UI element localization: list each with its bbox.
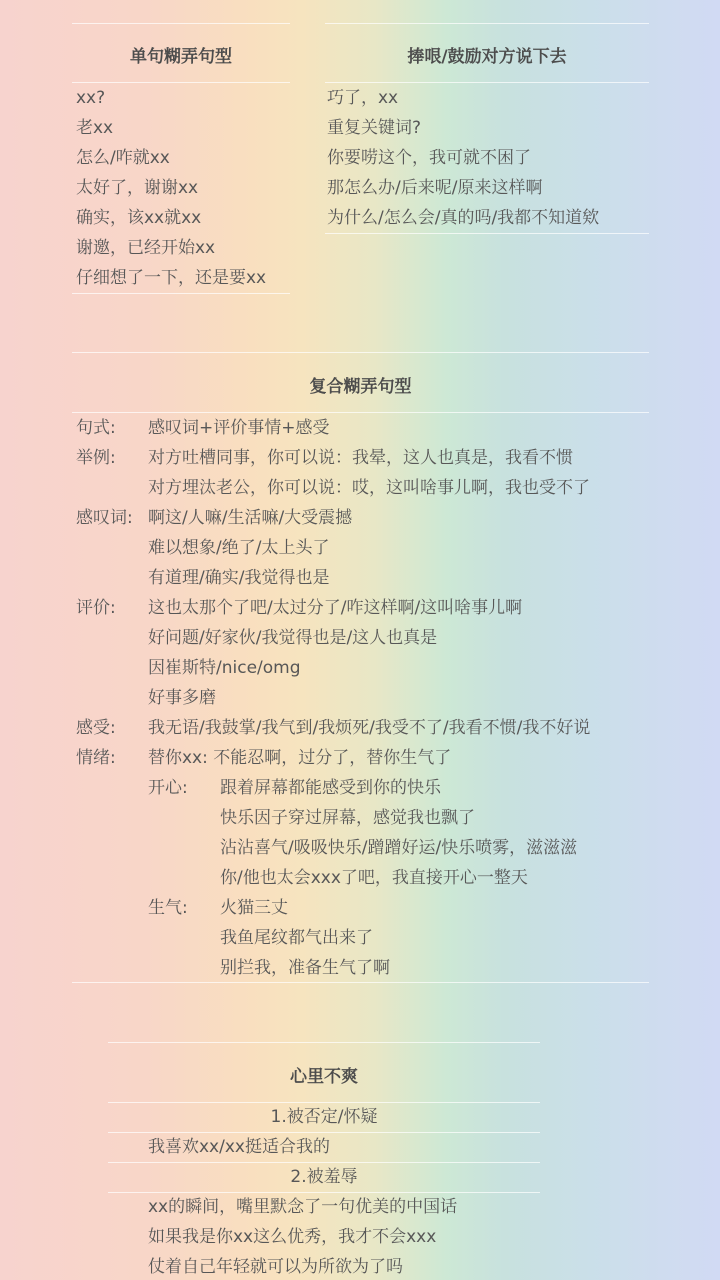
list-item: 老xx xyxy=(76,113,113,143)
label-interjection: 感叹词: xyxy=(76,503,133,533)
list-item: 你/他也太会xxx了吧，我直接开心一整天 xyxy=(220,863,528,893)
list-item: 那怎么办/后来呢/原来这样啊 xyxy=(327,173,542,203)
list-item: 沾沾喜气/吸吸快乐/蹭蹭好运/快乐喷雾，滋滋滋 xyxy=(220,833,577,863)
divider xyxy=(108,1042,540,1043)
section-title-single: 单句糊弄句型 xyxy=(72,42,290,67)
list-item: 对方埋汰老公，你可以说：哎，这叫啥事儿啊，我也受不了 xyxy=(148,473,590,503)
list-item: 别拦我，准备生气了啊 xyxy=(220,953,390,983)
group-heading: 1.被否定/怀疑 xyxy=(108,1102,540,1132)
list-item: xx的瞬间，嘴里默念了一句优美的中国话 xyxy=(148,1192,457,1222)
divider xyxy=(72,23,290,24)
section-title-encourage: 捧哏/鼓励对方说下去 xyxy=(325,42,649,67)
divider xyxy=(72,293,290,294)
label-example: 举例: xyxy=(76,443,116,473)
list-item: 怎么/咋就xx xyxy=(76,143,170,173)
list-item: 为什么/怎么会/真的吗/我都不知道欸 xyxy=(327,203,599,233)
list-item: 好事多磨 xyxy=(148,683,216,713)
label-emotion: 情绪: xyxy=(76,743,116,773)
divider xyxy=(72,982,649,983)
list-item: 太好了，谢谢xx xyxy=(76,173,198,203)
label-happy: 开心: xyxy=(148,773,188,803)
list-item: 替你xx: 不能忍啊，过分了，替你生气了 xyxy=(148,743,451,773)
list-item: 这也太那个了吧/太过分了/咋这样啊/这叫啥事儿啊 xyxy=(148,593,522,623)
list-item: 谢邀，已经开始xx xyxy=(76,233,215,263)
list-item: 你要唠这个，我可就不困了 xyxy=(327,143,531,173)
label-pattern: 句式: xyxy=(76,413,116,443)
divider xyxy=(72,352,649,353)
list-item: 仔细想了一下，还是要xx xyxy=(76,263,266,293)
list-item: 巧了，xx xyxy=(327,83,398,113)
list-item: 如果我是你xx这么优秀，我才不会xxx xyxy=(148,1222,436,1252)
section-title-upset: 心里不爽 xyxy=(108,1062,540,1087)
divider xyxy=(325,233,649,234)
list-item: 跟着屏幕都能感受到你的快乐 xyxy=(220,773,441,803)
list-item: 啊这/人嘛/生活嘛/大受震撼 xyxy=(148,503,352,533)
label-evaluation: 评价: xyxy=(76,593,116,623)
list-item: xx? xyxy=(76,83,105,113)
list-item: 确实，该xx就xx xyxy=(76,203,201,233)
list-item: 火猫三丈 xyxy=(220,893,288,923)
list-item: 仗着自己年轻就可以为所欲为了吗 xyxy=(148,1252,403,1280)
list-item: 难以想象/绝了/太上头了 xyxy=(148,533,329,563)
list-item: 有道理/确实/我觉得也是 xyxy=(148,563,329,593)
list-item: 我无语/我鼓掌/我气到/我烦死/我受不了/我看不惯/我不好说 xyxy=(148,713,590,743)
list-item: 对方吐槽同事，你可以说：我晕，这人也真是，我看不惯 xyxy=(148,443,573,473)
list-item: 感叹词+评价事情+感受 xyxy=(148,413,330,443)
list-item: 重复关键词? xyxy=(327,113,421,143)
label-angry: 生气: xyxy=(148,893,188,923)
group-heading: 2.被羞辱 xyxy=(108,1162,540,1192)
section-title-compound: 复合糊弄句型 xyxy=(72,372,649,397)
label-feeling: 感受: xyxy=(76,713,116,743)
list-item: 我鱼尾纹都气出来了 xyxy=(220,923,373,953)
list-item: 好问题/好家伙/我觉得也是/这人也真是 xyxy=(148,623,437,653)
list-item: 我喜欢xx/xx挺适合我的 xyxy=(148,1132,330,1162)
list-item: 因崔斯特/nice/omg xyxy=(148,653,301,683)
divider xyxy=(325,23,649,24)
list-item: 快乐因子穿过屏幕，感觉我也飘了 xyxy=(220,803,475,833)
